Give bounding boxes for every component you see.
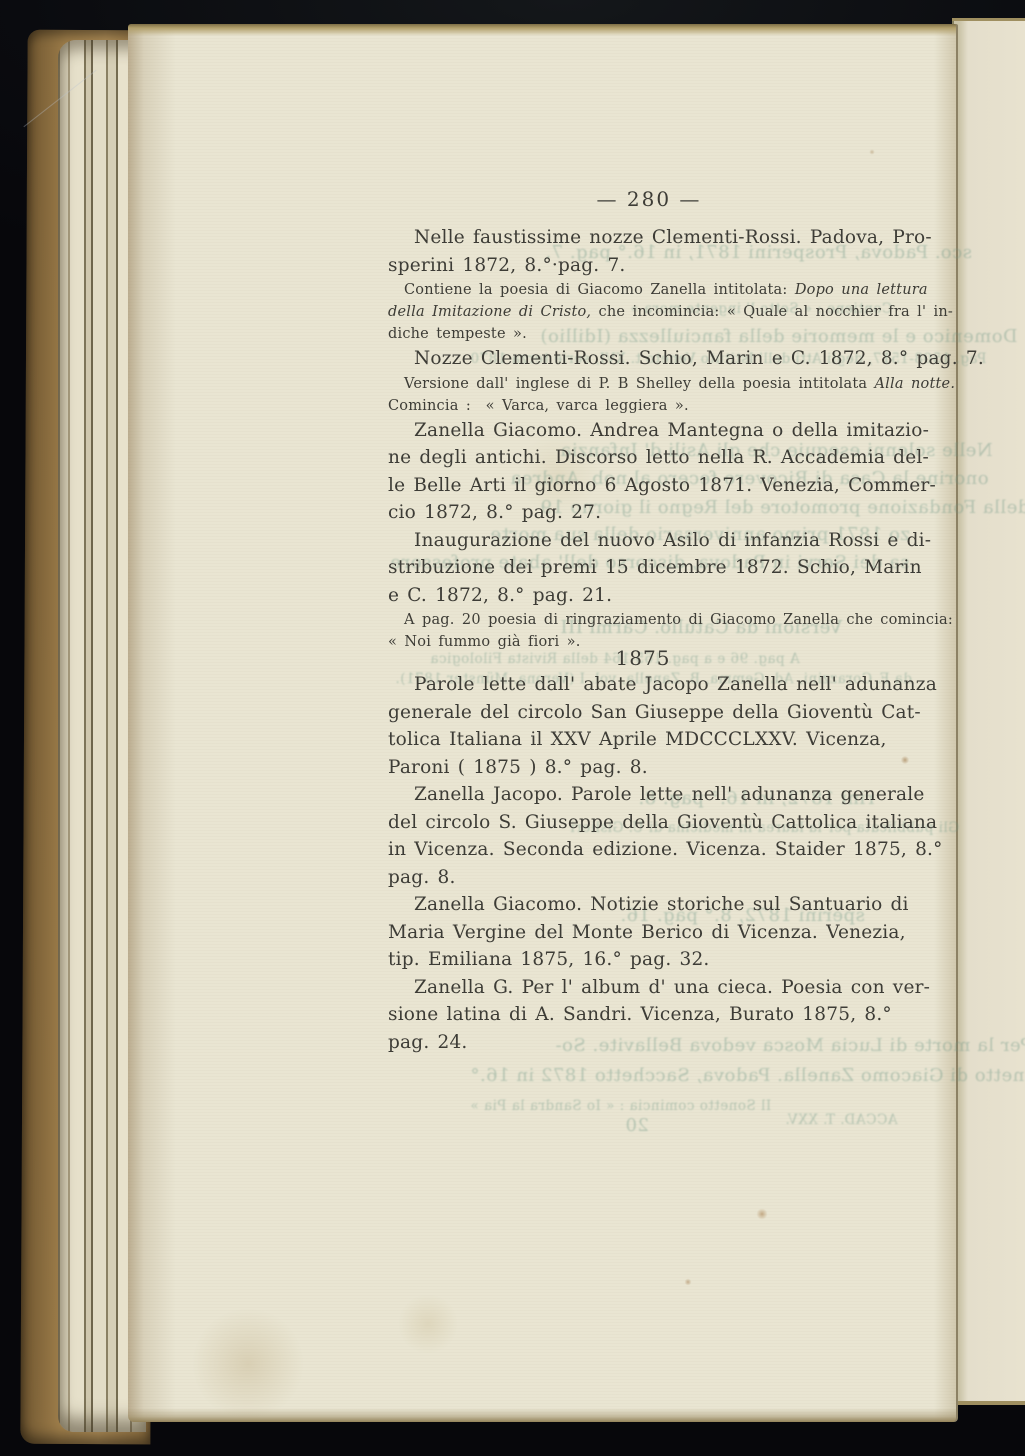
entry-annotation: Contiene la poesia di Giacomo Zanella in… (388, 279, 928, 345)
page-number: — 280 — (388, 186, 910, 212)
book-scan: sco. Padova, Prosperini 1871, in 16.° pa… (0, 0, 1025, 1456)
ghost-text: ACCAD. T. XXV. (785, 1112, 898, 1128)
ghost-text: 20 (625, 1115, 649, 1136)
annotation-text: Contiene la poesia di Giacomo Zanella in… (404, 282, 795, 298)
bibliography-entry: Parole lette dall' abate Jacopo Zanella … (388, 671, 928, 781)
bibliography-entry: Nelle faustissime nozze Clementi-Rossi. … (388, 224, 928, 279)
bibliography-entry: Nozze Clementi-Rossi. Schio, Marin e C. … (388, 345, 928, 373)
entry-annotation: Versione dall' inglese di P. B Shelley d… (388, 373, 928, 417)
facing-page-edge (952, 18, 1025, 1405)
bibliography-entry: Zanella G. Per l' album d' una cieca. Po… (388, 974, 928, 1057)
page-text-column: — 280 — Nelle faustissime nozze Clementi… (388, 186, 928, 1056)
bibliography-entry: Zanella Jacopo. Parole lette nell' aduna… (388, 781, 928, 891)
bibliography-entry: Zanella Giacomo. Andrea Mantegna o della… (388, 417, 928, 527)
annotation-text: Versione dall' inglese di P. B Shelley d… (404, 376, 875, 392)
ghost-text: Il Sonetto comincia : « Io Sandra la Pia… (470, 1098, 771, 1114)
annotation-text: Comincia : « Varca, varca leggiera ». (388, 398, 689, 414)
bibliography-entry: Zanella Giacomo. Notizie storiche sul Sa… (388, 891, 928, 974)
bibliography-entry: Inaugurazione del nuovo Asilo di infanzi… (388, 527, 928, 610)
annotation-title-italic: Alla notte. (875, 376, 956, 392)
ghost-text: netto di Giacomo Zanella. Padova, Sacche… (470, 1065, 1024, 1086)
